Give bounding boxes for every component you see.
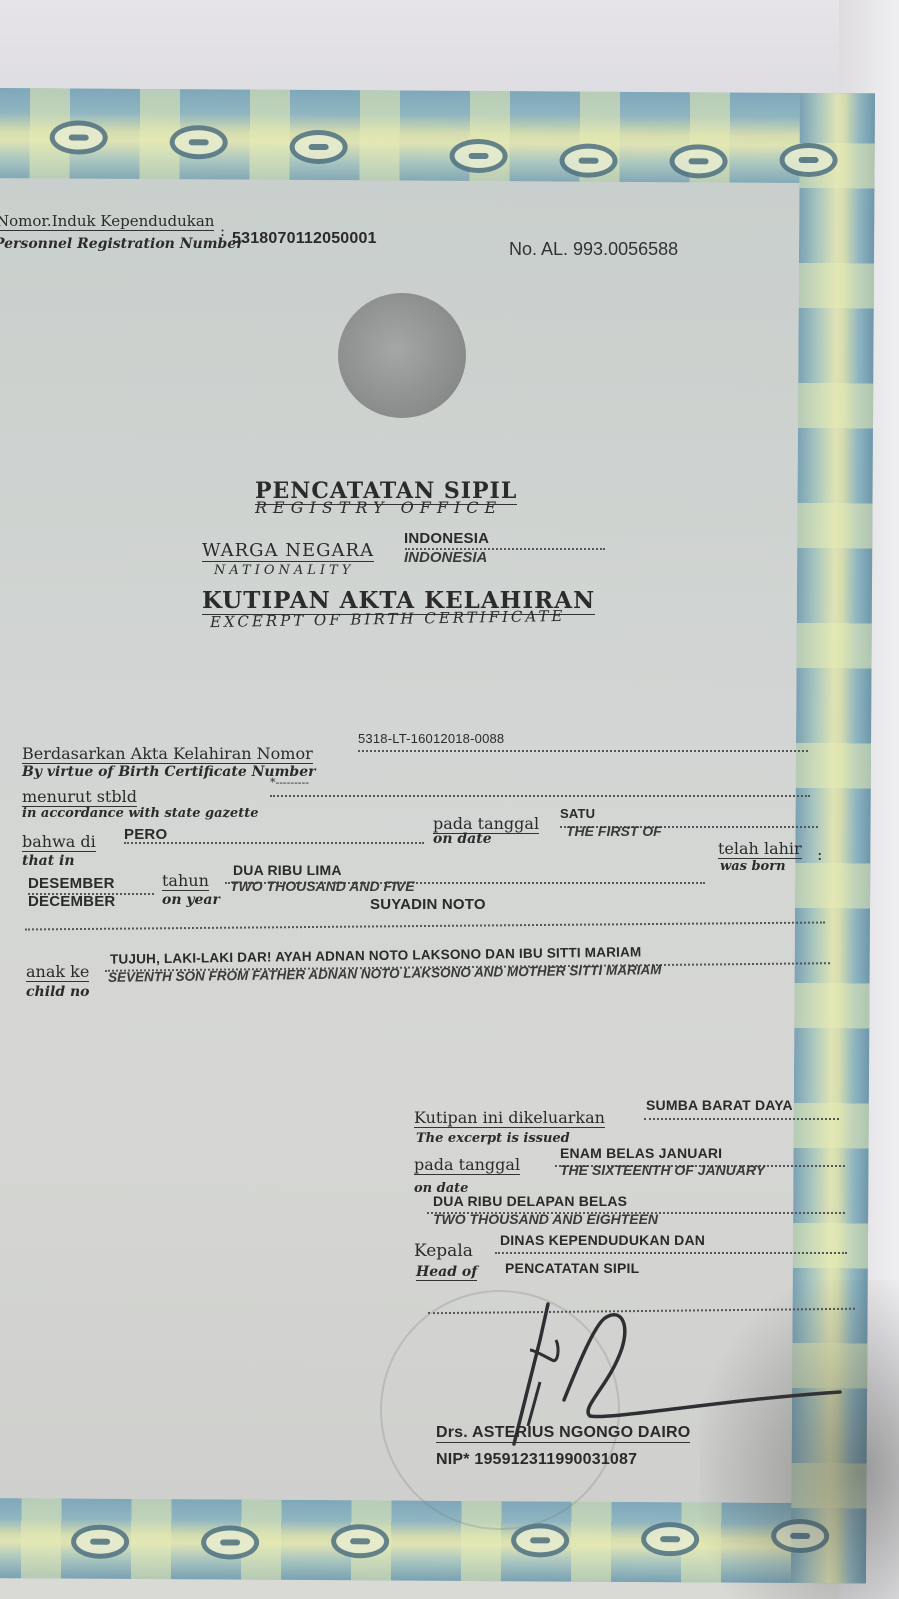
issue-year-value-en: TWO THOUSAND AND EIGHTEEN: [433, 1211, 658, 1227]
issue-date-label: pada tanggal: [414, 1155, 520, 1175]
month-value-en: DECEMBER: [28, 893, 115, 910]
stbld-dotted-line: [270, 795, 810, 797]
ornament-icon: [331, 1524, 389, 1558]
ornament-icon: [449, 139, 507, 173]
issue-date-value-en: THE SIXTEENTH OF JANUARY: [560, 1162, 765, 1178]
stbld-value: *---------: [270, 776, 309, 789]
official-nip: NIP* 195912311990031087: [436, 1451, 637, 1469]
serial-number: No. AL. 993.0056588: [509, 239, 678, 260]
issued-label-en: The excerpt is issued: [416, 1131, 570, 1146]
head-label-en: Head of: [416, 1264, 477, 1281]
nik-value: 5318070112050001: [232, 230, 377, 248]
place-dotted-line: [124, 842, 424, 844]
date-label-en: on date: [433, 831, 492, 847]
nik-separator: :: [220, 222, 225, 240]
head-value-line1: DINAS KEPENDUDUKAN DAN: [500, 1232, 705, 1248]
ornament-icon: [71, 1525, 129, 1559]
date-value: SATU: [560, 806, 595, 821]
nationality-value-en: INDONESIA: [404, 549, 487, 566]
born-colon: :: [817, 845, 822, 864]
issued-label: Kutipan ini dikeluarkan: [414, 1108, 605, 1128]
issued-place: SUMBA BARAT DAYA: [646, 1097, 793, 1113]
child-no-label-en: child no: [26, 984, 90, 1000]
issue-year-value: DUA RIBU DELAPAN BELAS: [433, 1193, 627, 1209]
nationality-value: INDONESIA: [404, 530, 489, 547]
ornament-icon: [641, 1522, 699, 1556]
issued-place-dotted-line: [644, 1118, 839, 1120]
child-name: SUYADIN NOTO: [370, 896, 486, 913]
nik-label-en: Personnel Registration Number: [0, 236, 244, 252]
head-dotted-line: [495, 1252, 847, 1254]
ornament-icon: [50, 120, 108, 154]
decorative-border-top: [0, 88, 875, 188]
nationality-label-en: NATIONALITY: [214, 563, 354, 578]
child-no-label: anak ke: [26, 962, 89, 982]
year-value: DUA RIBU LIMA: [233, 862, 342, 878]
year-label: tahun: [162, 871, 209, 891]
head-label: Kepala: [414, 1241, 473, 1261]
born-label: telah lahir: [718, 839, 802, 859]
year-value-en: TWO THOUSAND AND FIVE: [230, 878, 415, 894]
nationality-label: WARGA NEGARA: [202, 540, 374, 562]
nik-label: Nomor.Induk Kependudukan: [0, 212, 214, 231]
stbld-label: menurut stbld: [22, 787, 137, 807]
cert-number-value: 5318-LT-16012018-0088: [358, 731, 504, 746]
ornament-icon: [170, 125, 228, 159]
issue-date-value: ENAM BELAS JANUARI: [560, 1145, 722, 1161]
office-title-en: REGISTRY OFFICE: [255, 498, 502, 517]
year-label-en: on year: [162, 892, 220, 908]
head-value-line2: PENCATATAN SIPIL: [505, 1260, 639, 1276]
ornament-icon: [779, 143, 837, 177]
month-value: DESEMBER: [28, 875, 115, 892]
cert-number-dotted-line: [358, 750, 808, 752]
born-label-en: was born: [720, 859, 786, 874]
cert-number-label: Berdasarkan Akta Kelahiran Nomor: [22, 744, 313, 764]
place-label-en: that in: [22, 853, 75, 869]
ornament-icon: [669, 144, 727, 178]
place-value: PERO: [124, 826, 167, 843]
photo-shadow: [700, 1280, 899, 1599]
stbld-label-en: in accordance with state gazette: [22, 806, 258, 821]
ornament-icon: [290, 130, 348, 164]
photo-seal: [338, 293, 466, 418]
official-name: Drs. ASTERIUS NGONGO DAIRO: [436, 1424, 690, 1443]
ornament-icon: [201, 1525, 259, 1559]
ornament-icon: [559, 143, 617, 177]
date-value-en: THE FIRST OF: [566, 823, 662, 839]
place-label: bahwa di: [22, 832, 96, 852]
